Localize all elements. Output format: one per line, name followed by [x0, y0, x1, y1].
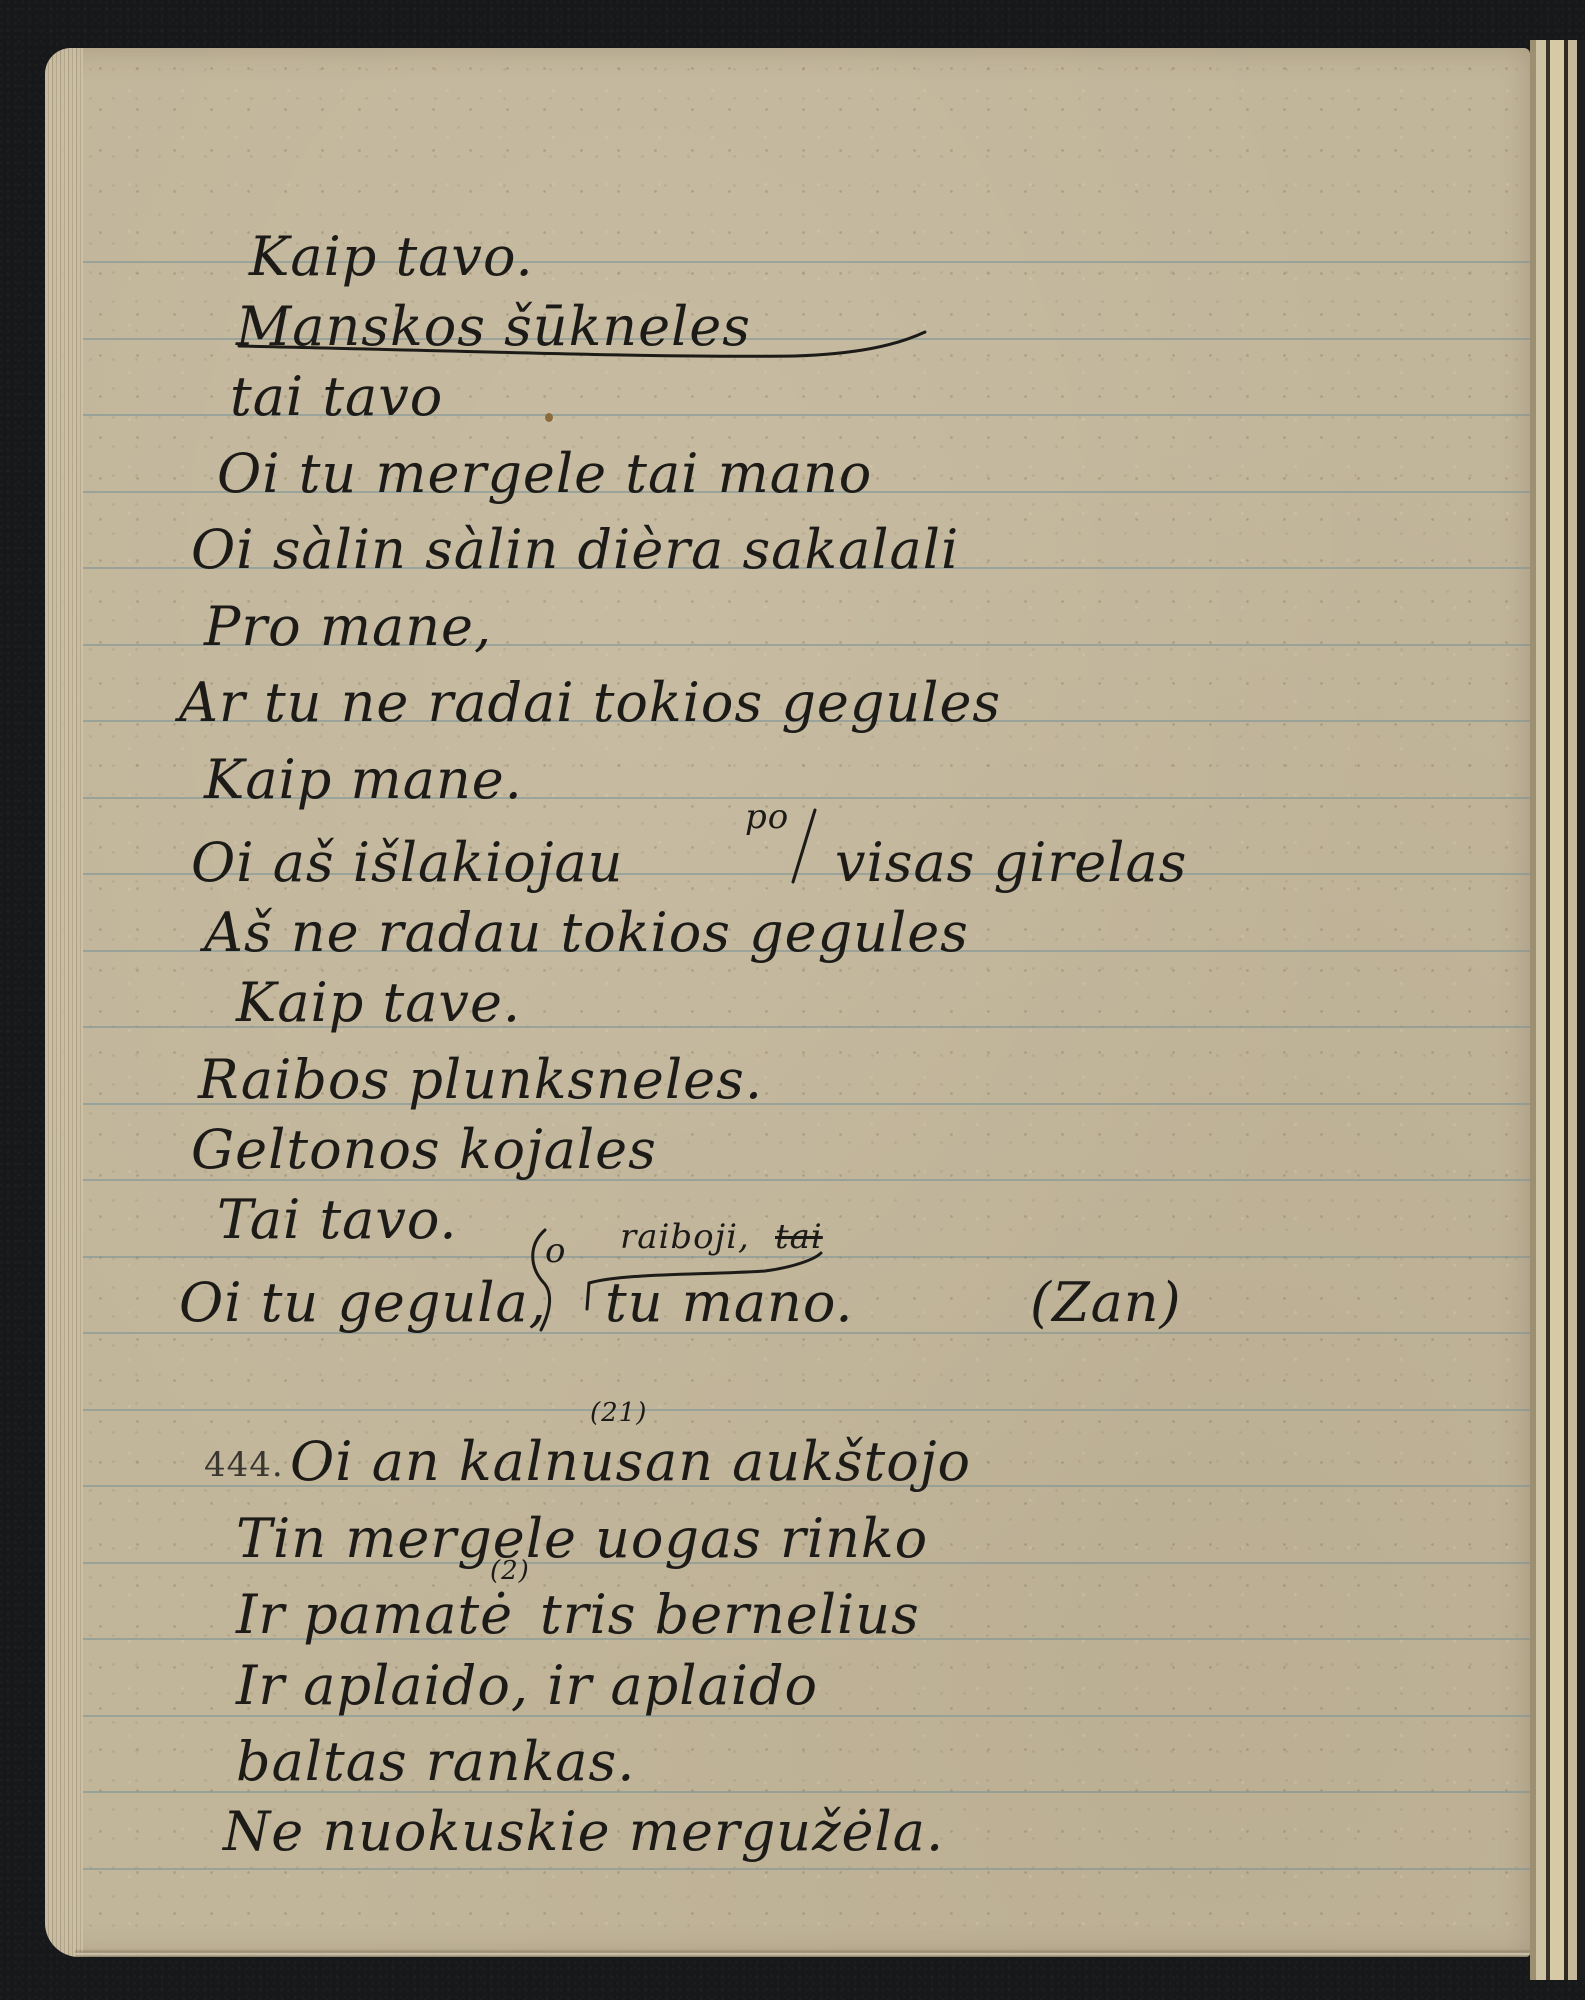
page-bottom-edge [75, 1949, 1530, 1957]
handwritten-line-continued: visas girelas [835, 836, 1187, 890]
insertion-word: raiboji, [620, 1220, 750, 1254]
handwritten-line: Tin mergele uogas rinko [236, 1512, 928, 1566]
handwritten-line-continued: tu mano. [605, 1276, 854, 1330]
manuscript-page: Kaip tavo. Manskos šūkneles tai tavo Oi … [45, 48, 1530, 1957]
insertion-slash [785, 808, 825, 888]
handwritten-line: Oi aš išlakiojau [191, 836, 623, 890]
handwritten-line: tai tavo [230, 370, 443, 424]
handwritten-line: Raibos plunksneles. [198, 1053, 763, 1107]
handwritten-line: Kaip tavo. [249, 230, 534, 284]
handwritten-line: Kaip mane. [204, 753, 523, 807]
handwritten-line: Kaip tave. [236, 976, 521, 1030]
ruled-line [83, 1868, 1530, 1870]
handwritten-line: Oi tu gegula, [179, 1276, 547, 1330]
handwritten-line-continued: tris bernelius [540, 1588, 920, 1642]
handwritten-line: baltas rankas. [236, 1735, 635, 1789]
footnote-mark: (21) [590, 1400, 647, 1426]
footnote-mark: (2) [490, 1558, 530, 1584]
struck-word: tai [775, 1220, 823, 1254]
handwritten-line-continued: an aukštojo [645, 1435, 971, 1489]
handwritten-line: Ar tu ne radai tokios gegules [179, 676, 1001, 730]
handwritten-line: Ir aplaido, ir aplaido [236, 1659, 818, 1713]
handwritten-line: Oi an kalnus [290, 1435, 644, 1489]
ruled-line [83, 1409, 1530, 1411]
handwritten-line: Oi tu mergele tai mano [217, 447, 872, 501]
song-number: 444. [204, 1448, 284, 1482]
page-stack-edge [45, 48, 83, 1957]
insertion-word: o [545, 1234, 566, 1268]
ink-stain [545, 413, 553, 422]
handwritten-line: Geltonos kojales [191, 1123, 657, 1177]
handwritten-line: Oi sàlin sàlin dièra sakalali [191, 523, 959, 577]
handwritten-line: Ir pamatė [236, 1588, 513, 1642]
signature: (Zan) [1030, 1276, 1182, 1330]
handwritten-line: Tai tavo. [217, 1193, 458, 1247]
handwritten-line: Ne nuokuskie mergužėla. [223, 1805, 944, 1859]
handwritten-line: Pro mane, [204, 600, 492, 654]
notebook-binding-edge [1530, 40, 1585, 1980]
handwritten-line: Aš ne radau tokios gegules [204, 906, 969, 960]
insertion-mark: po [745, 800, 789, 834]
